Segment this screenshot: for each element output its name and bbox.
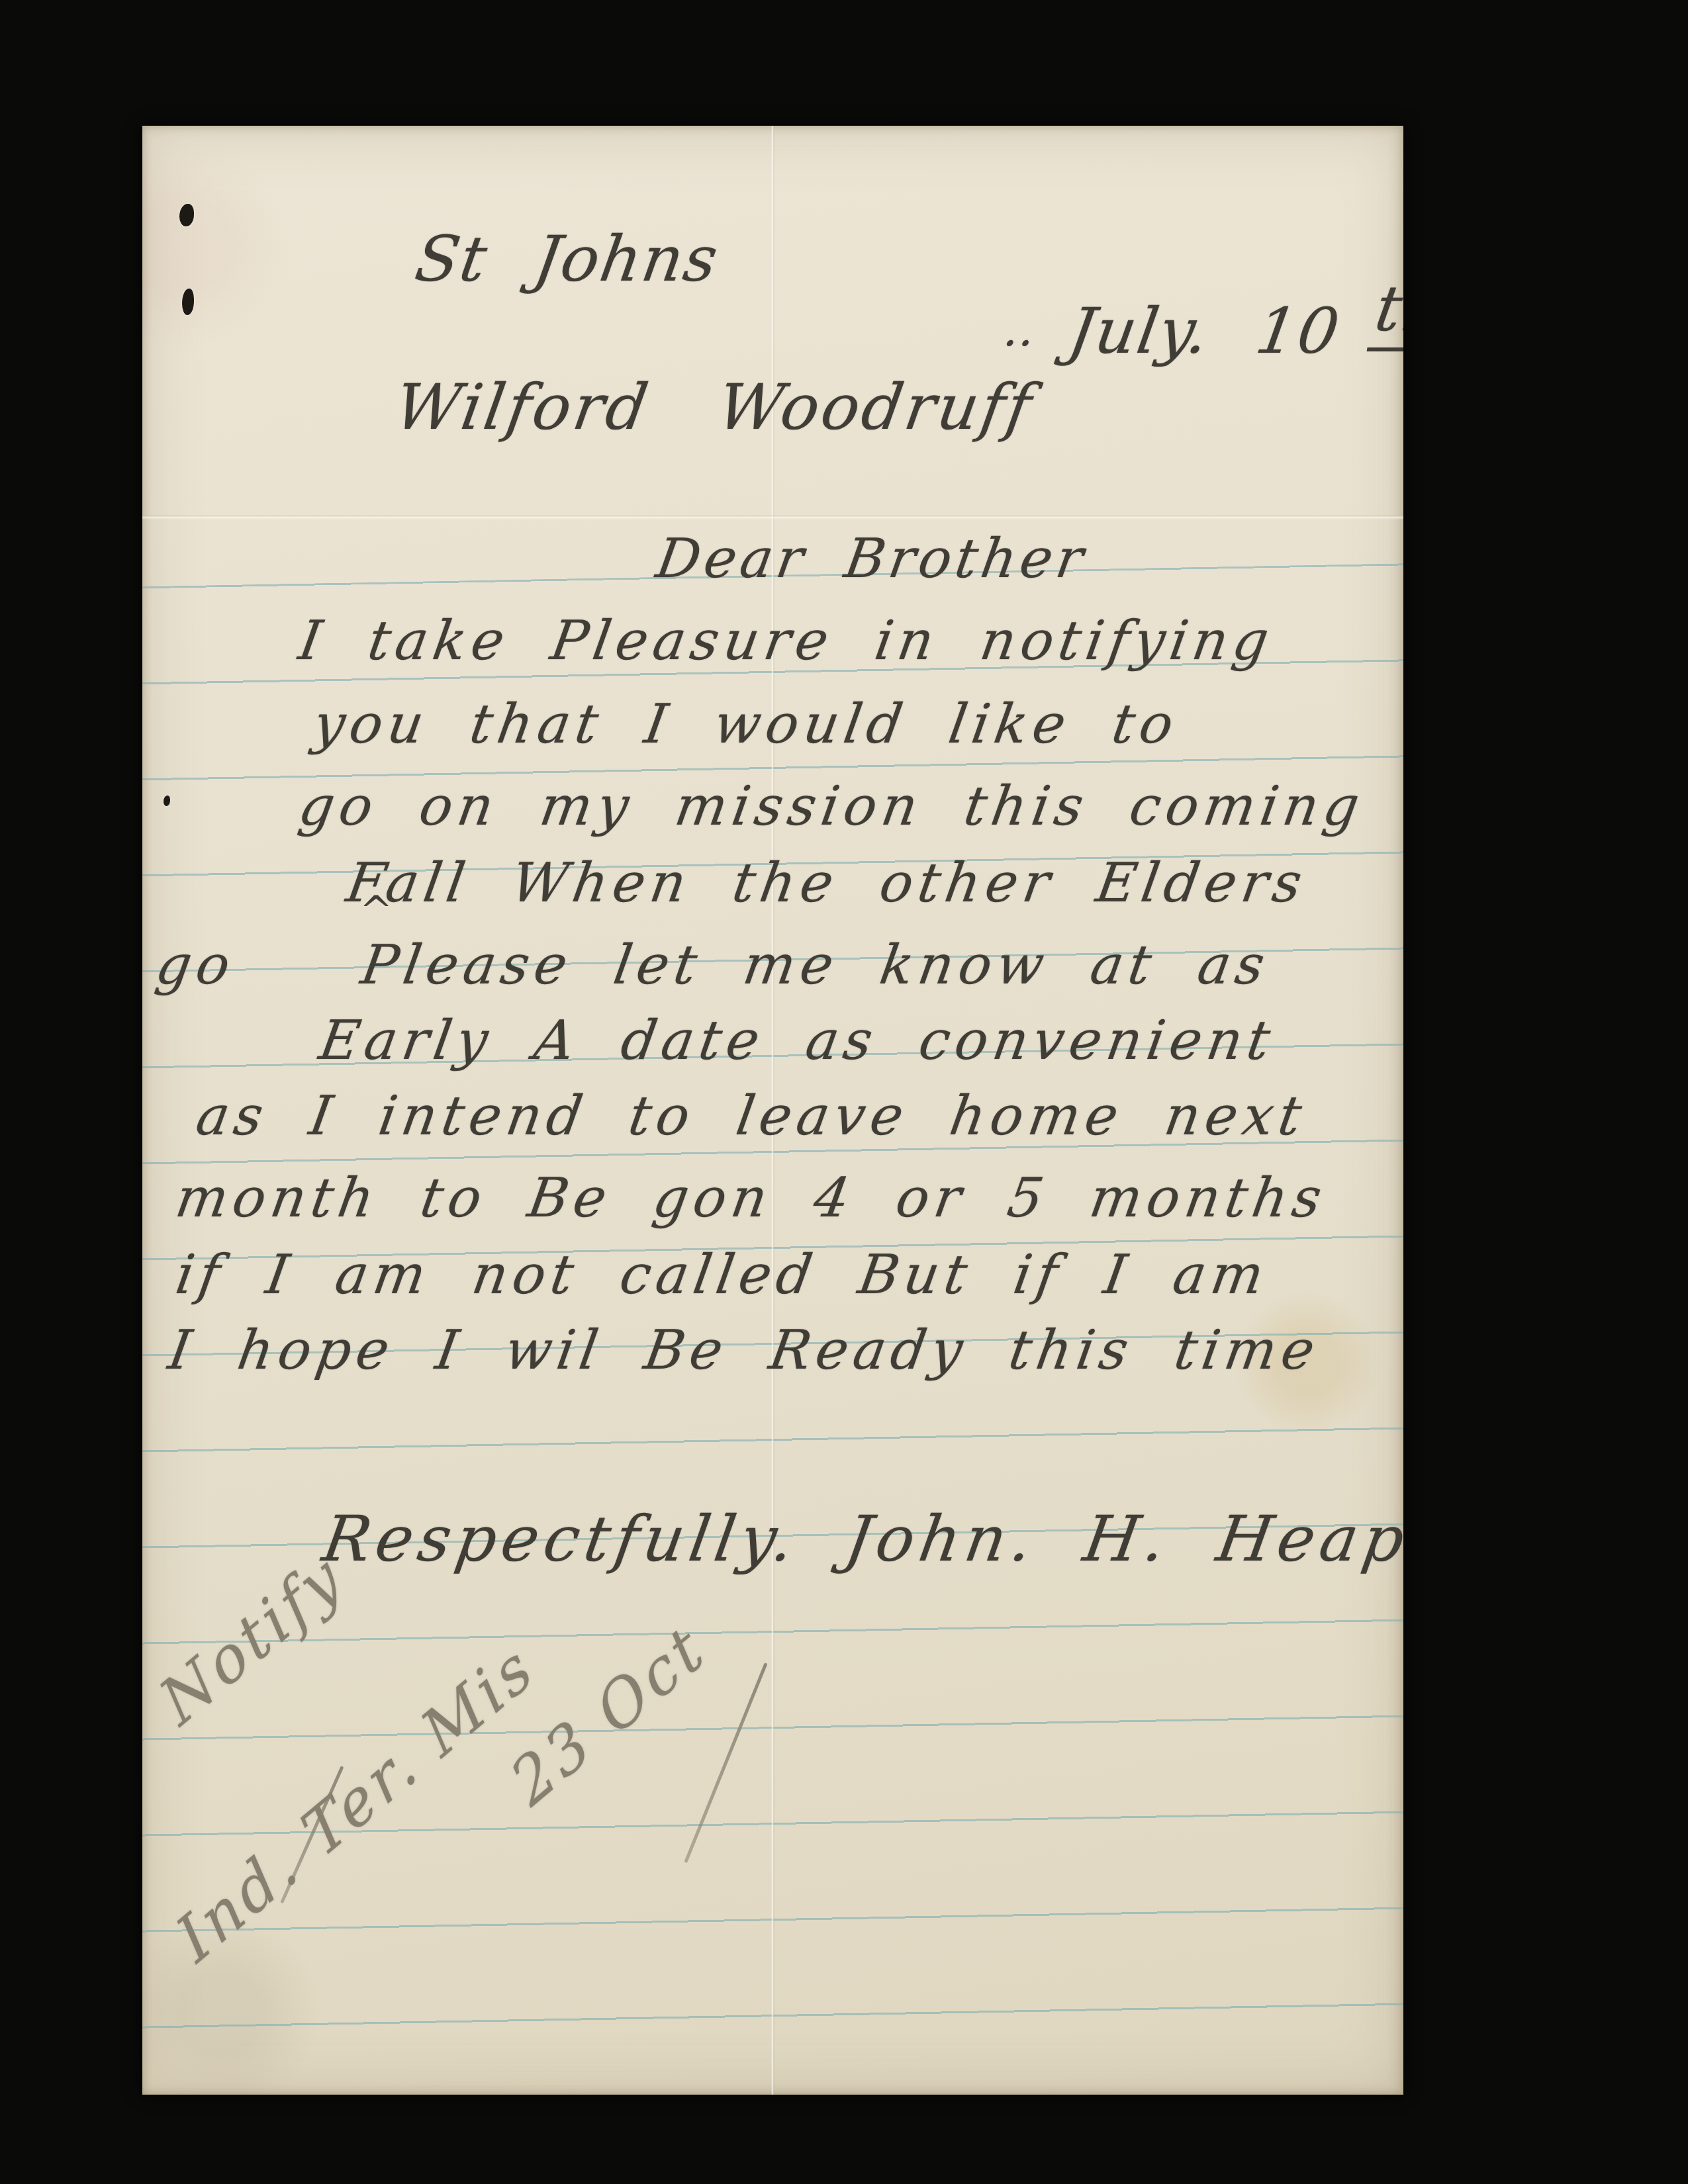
dateline-day: July. 10 <box>1064 295 1345 368</box>
paper-damage-speck <box>182 289 194 315</box>
body-line: as I intend to leave home next <box>192 1085 1311 1148</box>
body-line: go on my mission this coming <box>295 776 1369 838</box>
body-line: I take Pleasure in notifying <box>295 610 1278 672</box>
body-line: go Please let me know at as <box>152 934 1274 997</box>
salutation: Dear Brother <box>652 528 1092 590</box>
body-line: Early A date as convenient <box>315 1010 1280 1072</box>
paper-damage-speck <box>179 204 194 226</box>
fold-crease-horizontal <box>142 515 1403 520</box>
body-line: I hope I wil Be Ready this time <box>164 1320 1324 1382</box>
body-line: you that I would like to <box>309 694 1183 756</box>
addressee-name: Wilford Woodruff <box>390 372 1039 444</box>
letter-paper: St Johns July. 10th1897 ‥ Wilford Woodru… <box>142 126 1403 2095</box>
body-line: if I am not called But if I am <box>171 1244 1273 1306</box>
dateline-ordinal: th <box>1367 273 1403 351</box>
dateline-place: St Johns <box>410 224 724 296</box>
body-line: Fall When the other Elders <box>342 852 1311 915</box>
signature-line: Respectfully. John. H. Heap <box>318 1504 1403 1576</box>
insertion-caret-mark: ^ <box>359 888 393 934</box>
scanned-letter-background: St Johns July. 10th1897 ‥ Wilford Woodru… <box>0 0 1688 2184</box>
body-line: month to Be gon 4 or 5 months <box>171 1167 1331 1230</box>
